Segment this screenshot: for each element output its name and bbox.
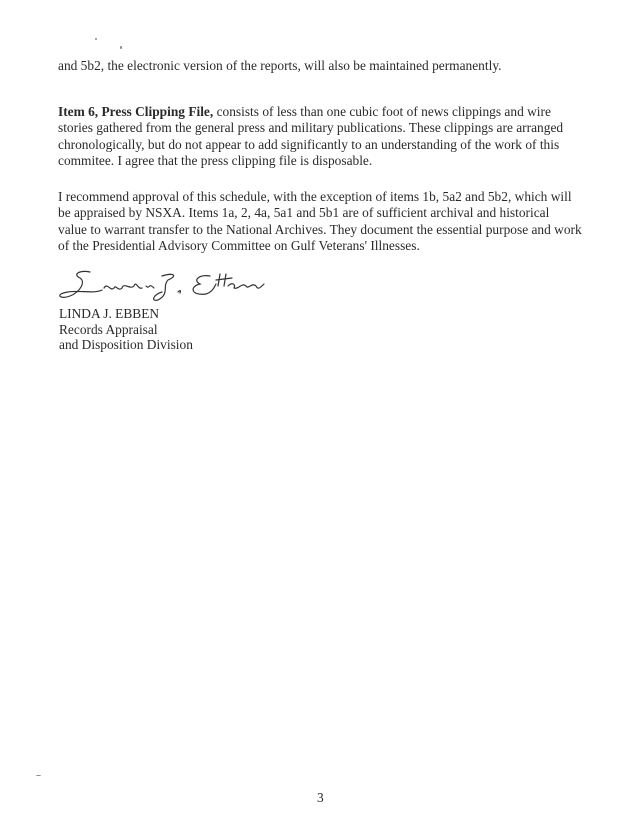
- scan-speck: [120, 46, 122, 49]
- signature-scribble-icon: [50, 266, 290, 306]
- signature-block: LINDA J. EBBEN Records Appraisal and Dis…: [59, 306, 193, 353]
- text-line: and 5b2, the electronic version of the r…: [58, 58, 602, 74]
- handwritten-signature: [50, 266, 290, 306]
- text-line: Item 6, Press Clipping File, consists of…: [58, 104, 602, 120]
- text-line: I recommend approval of this schedule, w…: [58, 189, 602, 205]
- signer-title-line-2: and Disposition Division: [59, 337, 193, 353]
- text-line: commitee. I agree that the press clippin…: [58, 153, 602, 169]
- paragraph-recommendation: I recommend approval of this schedule, w…: [58, 189, 602, 255]
- paragraph-item-6: Item 6, Press Clipping File, consists of…: [58, 104, 602, 170]
- text-line: value to warrant transfer to the Nationa…: [58, 222, 602, 238]
- page-number: 3: [317, 790, 324, 806]
- text-line: chronologically, but do not appear to ad…: [58, 137, 602, 153]
- text-line: stories gathered from the general press …: [58, 120, 602, 136]
- text-line: be appraised by NSXA. Items 1a, 2, 4a, 5…: [58, 205, 602, 221]
- scan-speck: [95, 38, 97, 40]
- text-fragment: consists of less than one cubic foot of …: [213, 104, 551, 119]
- item-heading: Item 6, Press Clipping File,: [58, 104, 213, 119]
- paragraph-permanent-retention: and 5b2, the electronic version of the r…: [58, 58, 602, 74]
- text-line: of the Presidential Advisory Committee o…: [58, 238, 602, 254]
- scan-speck: [36, 775, 41, 776]
- signer-title-line-1: Records Appraisal: [59, 322, 193, 338]
- signer-name: LINDA J. EBBEN: [59, 306, 193, 322]
